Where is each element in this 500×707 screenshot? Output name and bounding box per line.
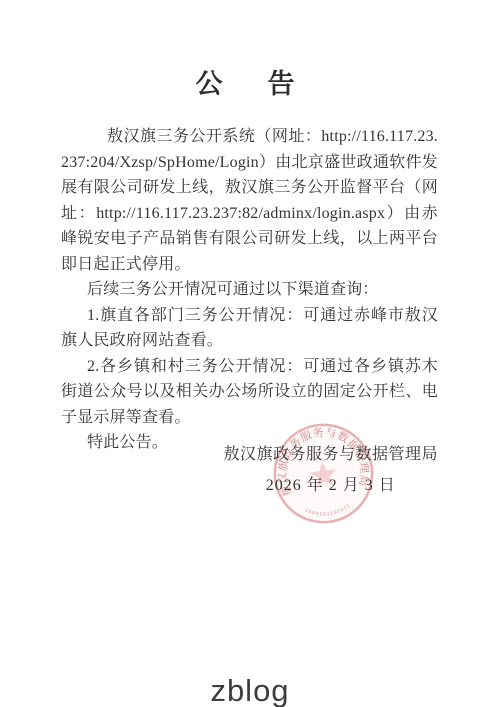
- paragraph-platforms-discontinued: 敖汉旗三务公开系统（网址：http://116.117.23.237:204/X…: [61, 124, 438, 277]
- signature-block: 敖汉旗政务服务与数据管理局 2026 年 2 月 3 日: [223, 444, 438, 497]
- site-watermark-zblog[interactable]: zblog: [0, 674, 500, 707]
- document-page: 公 告 敖汉旗三务公开系统（网址：http://116.117.23.237:2…: [0, 0, 500, 707]
- signature-date: 2026 年 2 月 3 日: [223, 475, 438, 497]
- paragraph-channels-intro: 后续三务公开情况可通过以下渠道查询：: [61, 277, 438, 303]
- paragraph-channel-1: 1.旗直各部门三务公开情况：可通过赤峰市敖汉旗人民政府网站查看。: [61, 303, 438, 354]
- paragraph-channel-2: 2.各乡镇和村三务公开情况：可通过各乡镇苏木街道公众号以及相关办公场所设立的固定…: [61, 354, 438, 431]
- page-title: 公 告: [61, 68, 438, 101]
- announcement-body: 公 告 敖汉旗三务公开系统（网址：http://116.117.23.237:2…: [61, 68, 438, 456]
- signature-organization: 敖汉旗政务服务与数据管理局: [223, 444, 438, 466]
